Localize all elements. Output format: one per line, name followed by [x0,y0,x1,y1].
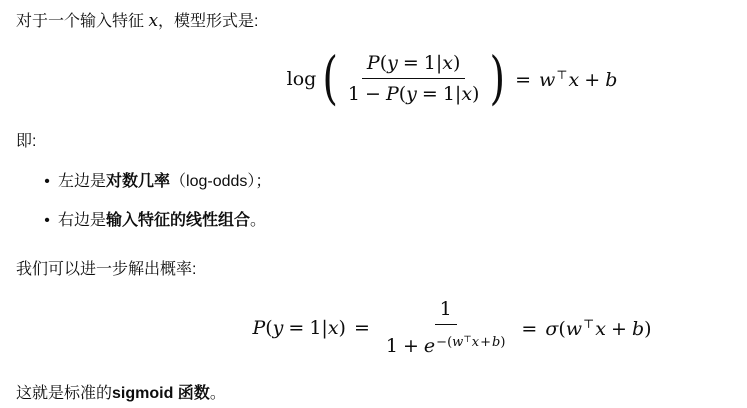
math-var-x: x [442,52,453,74]
math-equals: = [422,83,438,105]
math-num-one: 1 [309,317,321,339]
paragraph-that-is: 即: [16,130,731,154]
math-var-x: x [569,69,580,91]
item-suffix: （log-odds）； [170,173,271,190]
math-op-log: log [287,68,317,90]
math-open-paren: ( [265,317,272,339]
math-open-paren: ( [558,318,565,340]
math-close-paren: ) [472,83,479,105]
list-item: • 右边是输入特征的线性组合。 [16,209,731,233]
math-num-one: 1 [348,83,360,105]
closing-bold: sigmoid 函数 [112,385,210,402]
paragraph-intro: 对于一个输入特征 x，模型形式是: [16,9,731,34]
math-fraction-denominator: 1−P(y=1|x) [343,79,485,106]
formula-logit-linear: log ( P(y=1|x) 1−P(y=1|x) ) =w⊤x+b [157,48,747,110]
math-plus: + [403,335,419,357]
closing-suffix: 。 [210,385,226,402]
math-close-paren: ) [339,317,346,339]
math-var-y: y [387,52,398,74]
math-var-sigma: σ [545,318,558,340]
math-num-one: 1 [424,52,436,74]
list-item-text: 右边是输入特征的线性组合。 [58,209,266,233]
math-var-y: y [406,83,417,105]
item-prefix: 右边是 [58,212,106,229]
formula-sigmoid: P(y=1|x)= 1 1+e−(w⊤x+b) =σ(w⊤x+b) [157,298,747,358]
math-var-e: e [424,335,435,357]
math-var-x: x [595,318,606,340]
math-var-b: b [632,318,644,340]
math-rhs-sigma: =σ(w⊤x+b) [513,317,651,340]
math-minus: − [436,335,447,350]
math-num-one: 1 [443,83,455,105]
math-exponent: −(w⊤x+b) [436,335,505,350]
math-big-open-paren: ( [322,51,338,108]
math-equals: = [354,317,370,339]
math-fraction-denominator: 1+e−(w⊤x+b) [381,325,511,358]
math-transpose: ⊤ [556,68,567,82]
math-close-paren: ) [644,318,651,340]
math-num-one: 1 [440,298,452,320]
list-item-text: 左边是对数几率（log-odds）； [58,170,271,194]
math-close-paren: ) [453,52,460,74]
math-var-w: w [566,318,582,340]
bullet-list: • 左边是对数几率（log-odds）； • 右边是输入特征的线性组合。 [16,170,731,233]
inline-math-var-x: x [148,11,158,31]
math-plus: + [480,335,491,350]
math-transpose: ⊤ [583,317,594,331]
math-fraction-numerator: 1 [435,298,457,325]
math-var-P: P [386,83,399,105]
intro-text-before: 对于一个输入特征 [16,13,148,30]
math-var-w: w [539,69,555,91]
math-equals: = [515,69,531,91]
math-equals: = [403,52,419,74]
math-var-w: w [452,335,463,350]
math-minus: − [365,83,381,105]
math-rhs-linear: =w⊤x+b [507,68,617,91]
math-var-y: y [273,317,284,339]
item-suffix: 。 [250,212,266,229]
math-var-x: x [461,83,472,105]
math-big-close-paren: ) [489,51,505,108]
paragraph-solve-prob: 我们可以进一步解出概率: [16,258,731,282]
closing-prefix: 这就是标准的 [16,385,112,402]
math-equals: = [521,318,537,340]
math-var-P: P [367,52,380,74]
bullet-icon: • [36,170,58,194]
math-fraction-numerator: P(y=1|x) [362,52,466,79]
math-var-x: x [328,317,339,339]
document-body: 对于一个输入特征 x，模型形式是: log ( P(y=1|x) 1−P(y=1… [0,0,747,406]
math-fraction: P(y=1|x) 1−P(y=1|x) [343,52,485,106]
math-var-P: P [252,317,265,339]
math-fraction: 1 1+e−(w⊤x+b) [381,298,511,358]
math-close-paren: ) [500,335,505,350]
math-var-b: b [605,69,617,91]
item-bold: 输入特征的线性组合 [106,212,250,229]
math-plus: + [611,318,627,340]
math-transpose: ⊤ [463,335,471,345]
math-num-one: 1 [386,335,398,357]
bullet-icon: • [36,209,58,233]
math-plus: + [584,69,600,91]
paragraph-closing: 这就是标准的sigmoid 函数。 [16,382,731,406]
item-bold: 对数几率 [106,173,170,190]
math-equals: = [288,317,304,339]
math-lhs-probability: P(y=1|x)= [252,317,377,339]
intro-text-after: ，模型形式是: [158,13,258,30]
list-item: • 左边是对数几率（log-odds）； [16,170,731,194]
math-var-x: x [472,335,479,350]
item-prefix: 左边是 [58,173,106,190]
